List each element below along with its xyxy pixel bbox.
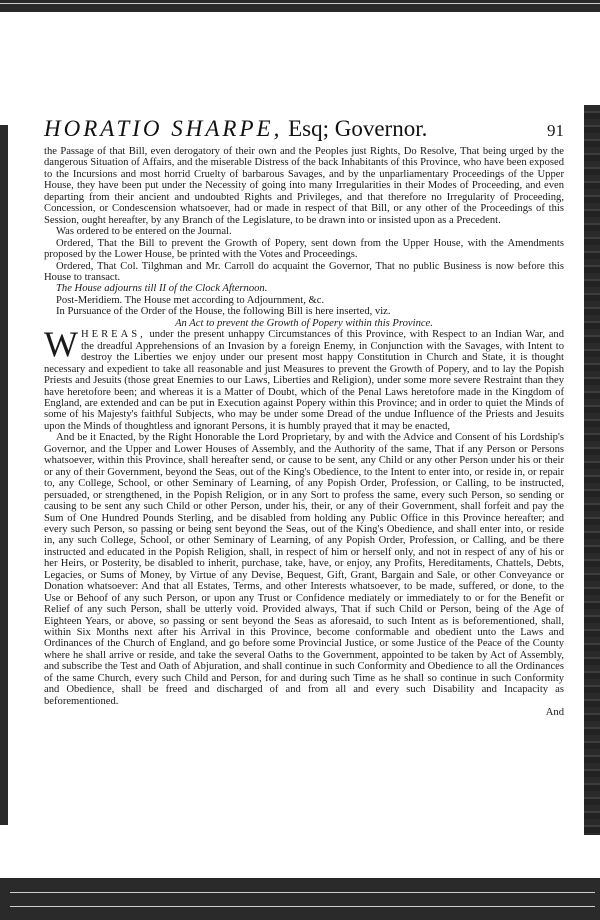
act-first-word: HEREAS, xyxy=(81,329,146,340)
running-head-title: HORATIO SHARPE, Esq; Governor. xyxy=(44,116,427,142)
paragraph-pursuance: In Pursuance of the Order of the House, … xyxy=(44,306,564,317)
drop-cap: W xyxy=(44,330,78,358)
running-head: HORATIO SHARPE, Esq; Governor. 91 xyxy=(44,116,564,146)
paragraph-adjourn: The House adjourns till II of the Clock … xyxy=(44,283,564,294)
paragraph-ordered-acquaint: Ordered, That Col. Tilghman and Mr. Carr… xyxy=(44,261,564,284)
act-title: An Act to prevent the Growth of Popery w… xyxy=(44,318,564,329)
page-number: 91 xyxy=(547,121,564,141)
scan-border-bottom xyxy=(0,878,600,920)
paragraph-ordered-print: Ordered, That the Bill to prevent the Gr… xyxy=(44,238,564,261)
running-head-office: Esq; Governor. xyxy=(282,116,427,141)
scan-border-right xyxy=(584,105,600,835)
act-preamble: WHEREAS, under the present unhappy Circu… xyxy=(44,329,564,432)
paragraph-post-meridiem: Post-Meridiem. The House met according t… xyxy=(44,295,564,306)
scan-border-left xyxy=(0,125,8,825)
running-head-name: HORATIO SHARPE, xyxy=(44,116,282,141)
paragraph-journal: Was ordered to be entered on the Journal… xyxy=(44,226,564,237)
catchword: And xyxy=(44,707,564,718)
act-enacting-clause: And be it Enacted, by the Right Honorabl… xyxy=(44,432,564,707)
scan-border-top xyxy=(0,0,600,12)
act-preamble-text: under the present unhappy Circumstances … xyxy=(44,329,564,432)
paragraph-resolution: the Passage of that Bill, even derogator… xyxy=(44,146,564,226)
page-edge-line xyxy=(10,906,595,907)
document-page: HORATIO SHARPE, Esq; Governor. 91 the Pa… xyxy=(44,116,564,719)
page-edge-line xyxy=(10,892,595,893)
body-text: the Passage of that Bill, even derogator… xyxy=(44,146,564,719)
